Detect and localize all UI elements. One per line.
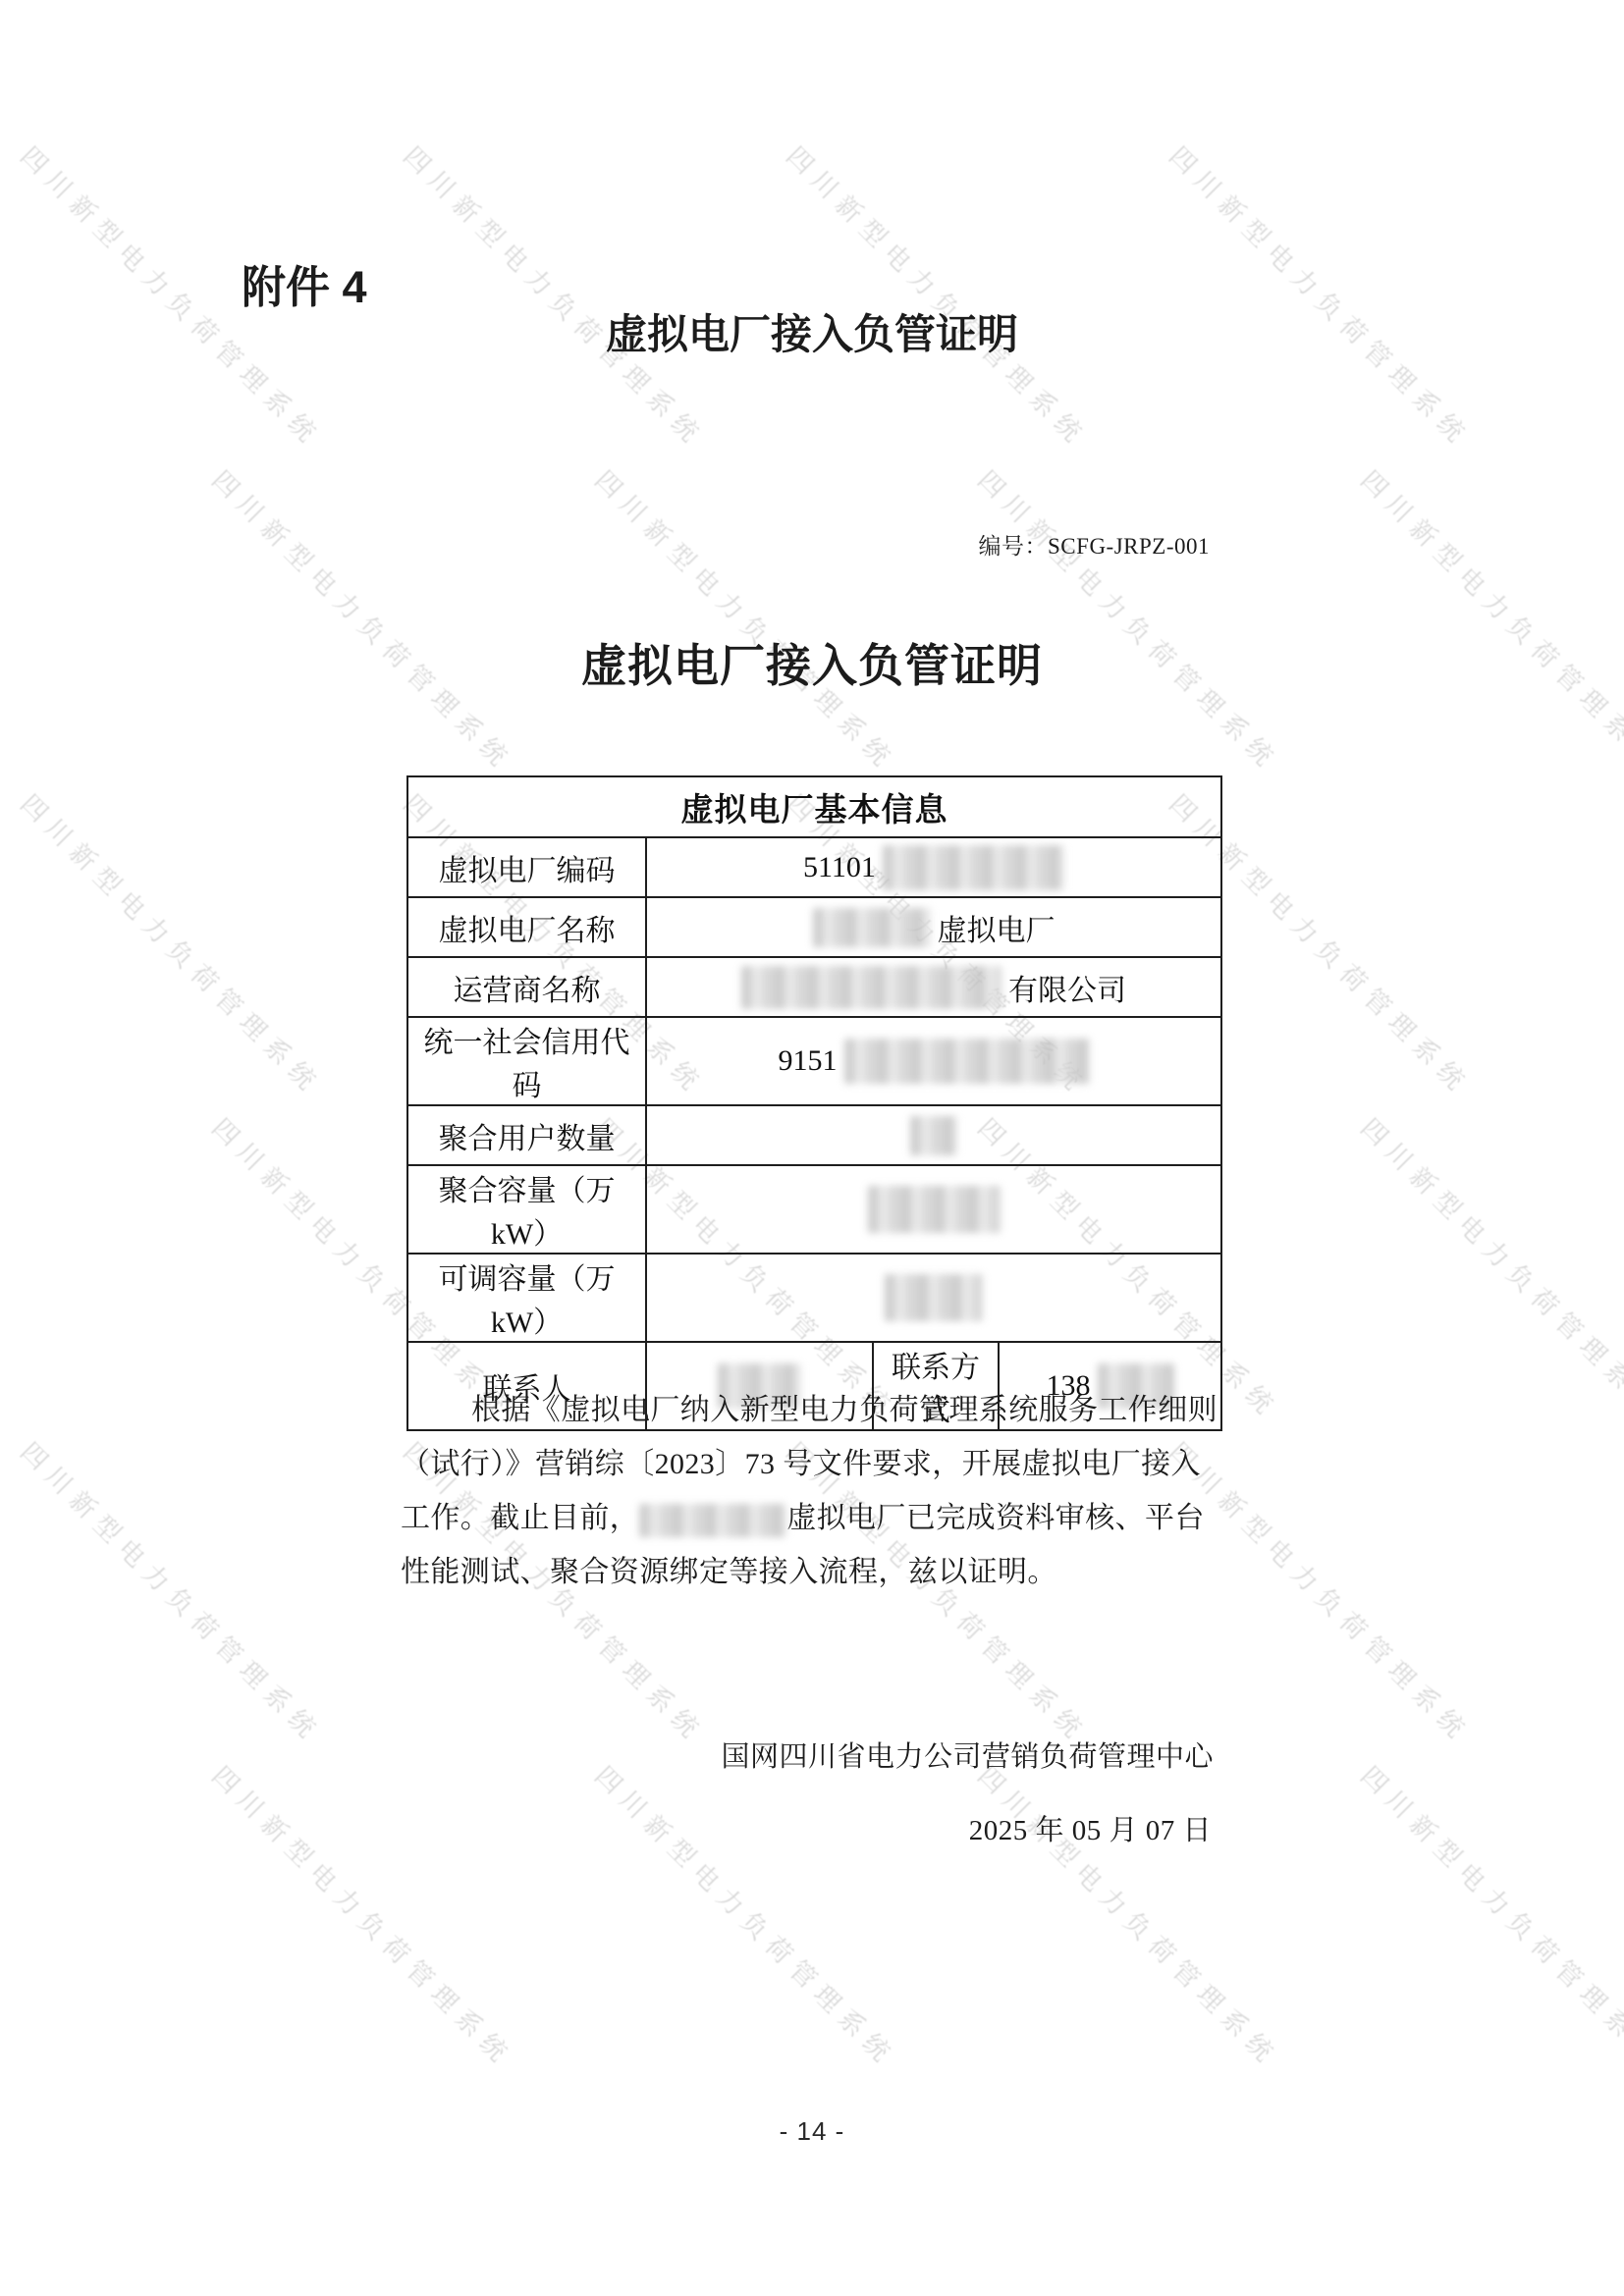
body-line-3-pre: 工作。截止目前，	[401, 1502, 639, 1534]
table-row: 虚拟电厂编码 51101	[407, 837, 1221, 897]
vpp-code-prefix: 51101	[803, 851, 876, 884]
redacted-value	[813, 908, 931, 947]
certificate-title: 虚拟电厂接入负管证明	[0, 630, 1624, 695]
body-line-2: （试行）》营销综〔2023〕73 号文件要求，开展虚拟电厂接入	[401, 1447, 1229, 1482]
row-label: 统一社会信用代码	[407, 1017, 646, 1105]
table-header-row: 虚拟电厂基本信息	[407, 776, 1221, 837]
document-page: 四川新型电力负荷管理系统四川新型电力负荷管理系统四川新型电力负荷管理系统四川新型…	[0, 0, 1624, 2296]
table-title: 虚拟电厂基本信息	[407, 776, 1221, 837]
row-label: 虚拟电厂名称	[407, 897, 646, 957]
redacted-value	[844, 1039, 1090, 1084]
redacted-value	[883, 845, 1064, 890]
row-label: 聚合用户数量	[407, 1105, 646, 1165]
signature-organization: 国网四川省电力公司营销负荷管理中心	[721, 1735, 1214, 1775]
page-number: - 14 -	[0, 2116, 1624, 2147]
document-content: 附件 4 虚拟电厂接入负管证明 编号：SCFG-JRPZ-001 虚拟电厂接入负…	[0, 0, 1624, 2296]
redacted-value	[741, 966, 1001, 1009]
body-line-1: 根据《虚拟电厂纳入新型电力负荷管理系统服务工作细则	[401, 1393, 1300, 1428]
table-row: 虚拟电厂名称 虚拟电厂	[407, 897, 1221, 957]
body-line-4: 性能测试、聚合资源绑定等接入流程，兹以证明。	[401, 1555, 1229, 1590]
credit-code-prefix: 9151	[779, 1044, 838, 1078]
redacted-vpp-name	[639, 1504, 786, 1537]
redacted-value	[868, 1186, 1001, 1233]
signature-date: 2025 年 05 月 07 日	[969, 1808, 1212, 1848]
row-label: 运营商名称	[407, 957, 646, 1017]
body-line-3: 工作。截止目前，虚拟电厂已完成资料审核、平台	[401, 1501, 1229, 1537]
table-row: 可调容量（万 kW）	[407, 1254, 1221, 1342]
serial-number: 编号：SCFG-JRPZ-001	[979, 528, 1210, 561]
table-row: 运营商名称 有限公司	[407, 957, 1221, 1017]
table-row: 聚合用户数量	[407, 1105, 1221, 1165]
document-title: 虚拟电厂接入负管证明	[0, 302, 1624, 361]
row-label: 虚拟电厂编码	[407, 837, 646, 897]
vpp-name-suffix: 虚拟电厂	[938, 906, 1056, 949]
basic-info-table: 虚拟电厂基本信息 虚拟电厂编码 51101 虚拟电厂名称 虚拟电厂 运营商名称	[406, 775, 1222, 1431]
body-line-3-post: 虚拟电厂已完成资料审核、平台	[786, 1502, 1205, 1534]
operator-name-suffix: 有限公司	[1008, 966, 1126, 1009]
row-label: 聚合容量（万 kW）	[407, 1165, 646, 1254]
table-row: 统一社会信用代码 9151	[407, 1017, 1221, 1105]
redacted-value	[885, 1274, 983, 1321]
redacted-value	[910, 1116, 957, 1155]
row-label: 可调容量（万 kW）	[407, 1254, 646, 1342]
table-row: 聚合容量（万 kW）	[407, 1165, 1221, 1254]
